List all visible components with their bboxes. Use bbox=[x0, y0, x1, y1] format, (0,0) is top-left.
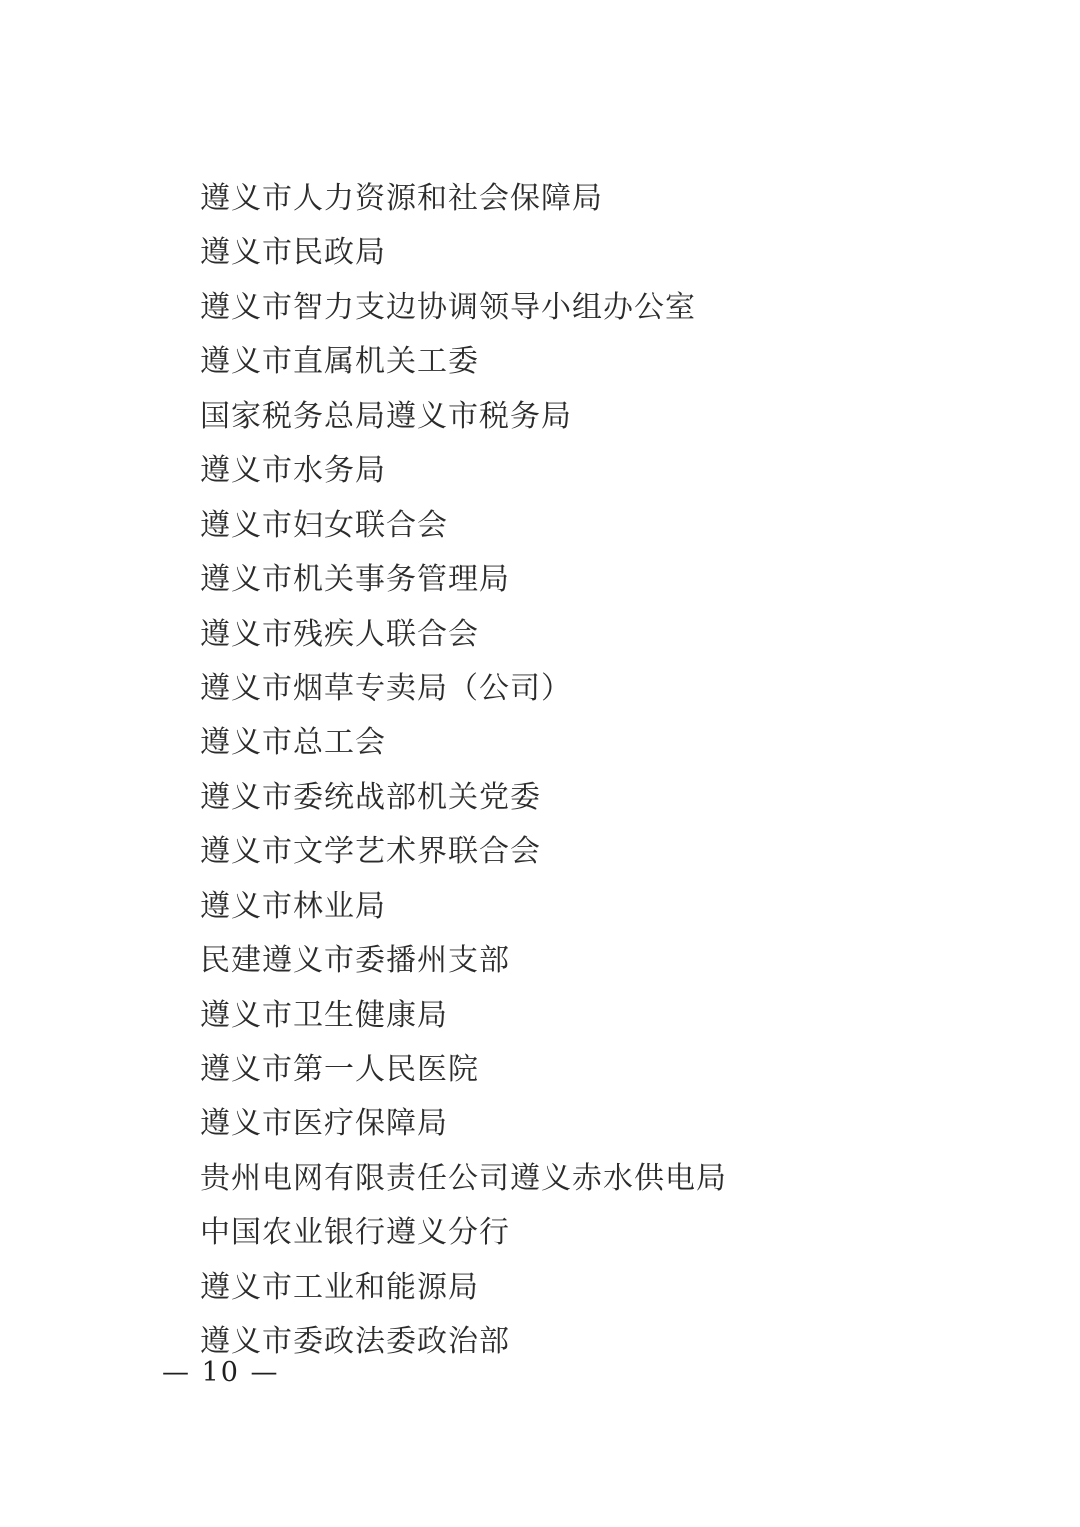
org-list-item: 国家税务总局遵义市税务局 bbox=[200, 390, 727, 444]
org-list-item: 遵义市残疾人联合会 bbox=[200, 608, 727, 662]
org-list-item: 遵义市直属机关工委 bbox=[200, 335, 727, 389]
page-number-footer: — 10 — bbox=[162, 1357, 280, 1388]
org-list-item: 贵州电网有限责任公司遵义赤水供电局 bbox=[200, 1152, 727, 1206]
org-list-item: 中国农业银行遵义分行 bbox=[200, 1206, 727, 1260]
org-list-item: 遵义市林业局 bbox=[200, 880, 727, 934]
org-list-item: 遵义市文学艺术界联合会 bbox=[200, 825, 727, 879]
org-list-item: 遵义市民政局 bbox=[200, 226, 727, 280]
org-list-item: 遵义市妇女联合会 bbox=[200, 499, 727, 553]
organization-list: 遵义市人力资源和社会保障局 遵义市民政局 遵义市智力支边协调领导小组办公室 遵义… bbox=[200, 172, 727, 1370]
org-list-item: 遵义市卫生健康局 bbox=[200, 989, 727, 1043]
org-list-item: 遵义市人力资源和社会保障局 bbox=[200, 172, 727, 226]
org-list-item: 遵义市机关事务管理局 bbox=[200, 553, 727, 607]
org-list-item: 民建遵义市委播州支部 bbox=[200, 934, 727, 988]
org-list-item: 遵义市第一人民医院 bbox=[200, 1043, 727, 1097]
org-list-item: 遵义市水务局 bbox=[200, 444, 727, 498]
org-list-item: 遵义市医疗保障局 bbox=[200, 1097, 727, 1151]
org-list-item: 遵义市烟草专卖局（公司） bbox=[200, 662, 727, 716]
org-list-item: 遵义市委统战部机关党委 bbox=[200, 771, 727, 825]
org-list-item: 遵义市智力支边协调领导小组办公室 bbox=[200, 281, 727, 335]
org-list-item: 遵义市总工会 bbox=[200, 716, 727, 770]
org-list-item: 遵义市工业和能源局 bbox=[200, 1261, 727, 1315]
document-page: 遵义市人力资源和社会保障局 遵义市民政局 遵义市智力支边协调领导小组办公室 遵义… bbox=[0, 0, 1080, 1527]
